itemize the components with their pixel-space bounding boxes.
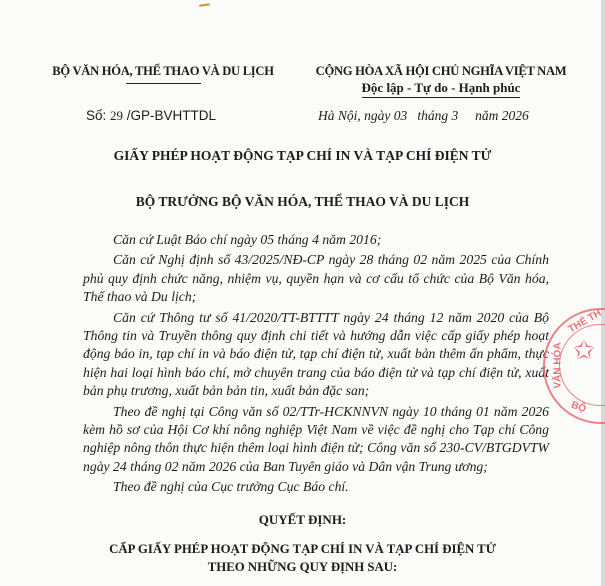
- issuing-authority: BỘ TRƯỞNG BỘ VĂN HÓA, THỂ THAO VÀ DU LỊC…: [0, 194, 605, 210]
- document-number: Số: 29 /GP-BVHTTDL: [86, 108, 216, 124]
- preamble: Căn cứ Luật Báo chí ngày 05 tháng 4 năm …: [83, 231, 549, 499]
- grant-line: CẤP GIẤY PHÉP HOẠT ĐỘNG TẠP CHÍ IN VÀ TẠ…: [0, 540, 605, 558]
- grant-line: THEO NHỮNG QUY ĐỊNH SAU:: [0, 558, 605, 576]
- preamble-item: Theo đề nghị của Cục trưởng Cục Báo chí.: [83, 478, 549, 496]
- ink-mark: [199, 3, 210, 7]
- preamble-item: Căn cứ Nghị định số 43/2025/NĐ-CP ngày 2…: [83, 251, 549, 306]
- country-header: CỘNG HÒA XÃ HỘI CHỦ NGHĨA VIỆT NAM Độc l…: [296, 64, 586, 98]
- preamble-item: Căn cứ Luật Báo chí ngày 05 tháng 4 năm …: [83, 231, 549, 249]
- preamble-item: Theo đề nghị tại Công văn số 02/TTr-HCKN…: [83, 403, 549, 477]
- page-edge: [601, 0, 605, 586]
- number-prefix: Số:: [86, 108, 110, 123]
- country-name: CỘNG HÒA XÃ HỘI CHỦ NGHĨA VIỆT NAM: [296, 64, 586, 79]
- number-value: 29: [110, 108, 123, 123]
- grant-heading: CẤP GIẤY PHÉP HOẠT ĐỘNG TẠP CHÍ IN VÀ TẠ…: [0, 540, 605, 576]
- seal-star-icon: ✩: [573, 338, 595, 364]
- number-suffix: /GP-BVHTTDL: [123, 108, 216, 123]
- preamble-item: Căn cứ Thông tư số 41/2020/TT-BTTTT ngày…: [83, 309, 549, 401]
- seal-text-left: VĂN HÓA: [553, 342, 564, 388]
- agency-underline: [126, 83, 201, 84]
- agency-name: BỘ VĂN HÓA, THỂ THAO VÀ DU LỊCH: [44, 64, 282, 79]
- official-seal: ✩ THỂ TH VĂN HÓA BỘ: [543, 308, 605, 424]
- agency-header: BỘ VĂN HÓA, THỂ THAO VÀ DU LỊCH: [44, 64, 282, 84]
- document-page: BỘ VĂN HÓA, THỂ THAO VÀ DU LỊCH CỘNG HÒA…: [0, 0, 605, 586]
- place-date: Hà Nội, ngày 03 tháng 3 năm 2026: [318, 108, 529, 124]
- decision-heading: QUYẾT ĐỊNH:: [0, 512, 605, 528]
- national-motto: Độc lập - Tự do - Hạnh phúc: [362, 80, 521, 98]
- document-title: GIẤY PHÉP HOẠT ĐỘNG TẠP CHÍ IN VÀ TẠP CH…: [0, 148, 605, 164]
